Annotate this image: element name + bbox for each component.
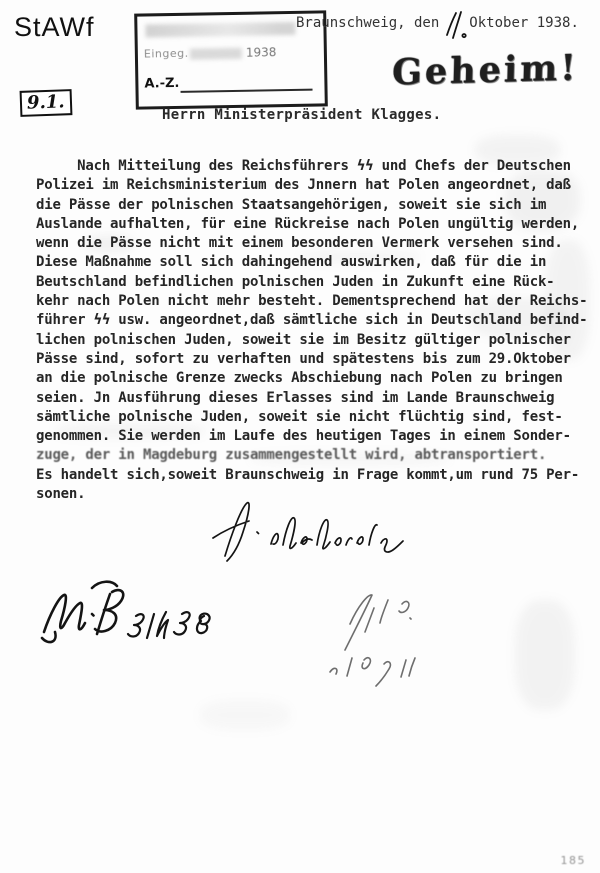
body-line: an die polnische Grenze zwecks Abschiebu… — [36, 369, 596, 388]
document-number-box: 9.1. — [20, 89, 72, 117]
body-line: Beutschland befindlichen polnischen Jude… — [36, 273, 596, 292]
body-line: kehr nach Polen nicht mehr besteht. Deme… — [36, 292, 596, 311]
body-line: Pässe sind, sofort zu verhaften und spät… — [36, 350, 596, 369]
body-line: führer ϟϟ usw. angeordnet,daß sämtliche … — [36, 311, 596, 330]
body-line: die Pässe der polnischen Staatsangehörig… — [36, 196, 596, 215]
body-line: Nach Mitteilung des Reichsführers ϟϟ und… — [36, 157, 596, 176]
body-line: lichen polnischen Juden, soweit sie im B… — [36, 331, 596, 350]
body-line: Diese Maßnahme soll sich dahingehend aus… — [36, 253, 596, 272]
body-line: wenn die Pässe nicht mit einem besondere… — [36, 234, 596, 253]
body-line: genommen. Sie werden im Laufe des heutig… — [36, 427, 596, 446]
dateline-rest: Oktober 1938. — [469, 15, 579, 31]
stamp-smudged-header — [145, 22, 295, 38]
annotation-right-handwriting — [320, 578, 495, 688]
annotation-left-handwriting — [32, 572, 252, 667]
scan-artifact — [515, 600, 575, 710]
dateline: Braunschweig, den Oktober 1938. — [296, 15, 579, 39]
letter-body: Nach Mitteilung des Reichsführers ϟϟ und… — [36, 157, 596, 504]
stamp-received-year: 1938 — [246, 45, 277, 60]
page-number: 185 — [561, 854, 587, 867]
dateline-place: Braunschweig, den — [296, 15, 439, 31]
scan-artifact — [200, 700, 290, 730]
stamp-file-ref-label: A.-Z. — [144, 76, 179, 92]
body-line: Auslande aufhalten, für eine Rückreise n… — [36, 215, 596, 234]
body-line: Es handelt sich,soweit Braunschweig in F… — [36, 466, 596, 485]
stamp-received-label: Eingeg. — [144, 47, 189, 61]
body-line: seien. Jn Ausführung dieses Erlasses sin… — [36, 389, 596, 408]
body-line: sämtliche polnische Juden, soweit sie ni… — [36, 408, 596, 427]
handwritten-day — [443, 11, 467, 39]
archive-label: StAWf — [14, 12, 95, 43]
stamp-file-ref-line — [181, 89, 313, 93]
signature-handwriting — [195, 492, 425, 572]
body-line: zuge, der in Magdeburg zusammengestellt … — [36, 446, 596, 465]
secret-stamp: Geheim! — [391, 48, 579, 94]
body-line: Polizei im Reichsministerium des Jnnern … — [36, 176, 596, 195]
stamp-smudged-date — [190, 48, 242, 60]
salutation: Herrn Ministerpräsident Klagges. — [162, 107, 441, 123]
